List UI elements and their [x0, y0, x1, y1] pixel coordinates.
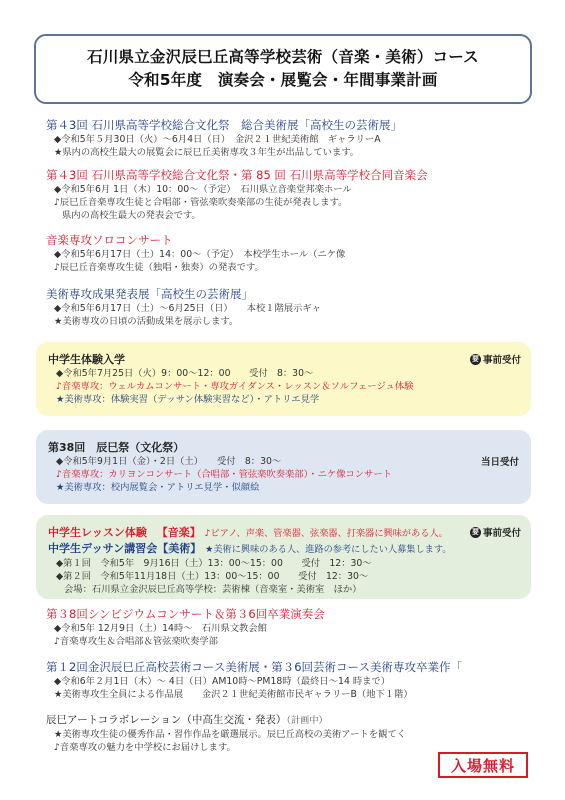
drawing-title: 中学生デッサン講習会【美術】 ★美術に興味のある人、進路の参考にしたい人募集しま…: [48, 541, 521, 557]
drawing-title-desc: ★美術に興味のある人、進路の参考にしたい人募集します。: [205, 544, 451, 555]
session-2: ◆第２回 令和5年11月18日（土）13：00～15：00 受付 12：30～: [48, 570, 521, 583]
lesson-title: 中学生レッスン体験 【音楽】 ♪ピアノ、声楽、管楽器、弦楽器、打楽器に興味がある…: [48, 525, 521, 541]
lesson-title-desc: ♪ピアノ、声楽、管楽器、弦楽器、打楽器に興味がある人。: [205, 528, 448, 539]
advance-registration-badge: 要 事前受付: [470, 352, 521, 366]
box-title: 中学生体験入学: [48, 352, 521, 367]
festival-box: 当日受付 第38回 辰巳祭（文化祭） ◆令和5年9月1日（金）・2日（土） 受付…: [36, 430, 531, 504]
event-title: 第３8回シンビジウムコンサート＆第３6回卒業演奏会: [46, 607, 526, 622]
lesson-title-main: 中学生レッスン体験: [48, 526, 147, 539]
event-graduation-exhibition: 第１2回金沢辰巳丘高校芸術コース美術展・第３6回芸術コース美術専攻卒業作「 ◆令…: [46, 660, 526, 701]
session-1: ◆第１回 令和5年 9月16日（土）13：00～15：00 受付 12：30～: [48, 557, 521, 570]
event-title-note: （計画中）: [286, 715, 327, 726]
event-date: ◆令和5年6月17日（土）14：00～（予定） 本校学生ホール（ニケ像: [46, 248, 526, 261]
event-solo-concert: 音楽専攻ソロコンサート ◆令和5年6月17日（土）14：00～（予定） 本校学生…: [46, 233, 526, 274]
event-note: ♪辰巳丘音楽専攻生徒（独唱・独奏）の発表です。: [46, 261, 526, 274]
venue: 会場：石川県立金沢辰巳丘高等学校：芸術棟（音楽室・美術室 ほか）: [48, 583, 521, 596]
event-date: ◆令和5年6月17日（土）～6月25日（日） 本校１階展示ギャ: [46, 302, 526, 315]
event-note: ★美術専攻の日頃の活動成果を展示します。: [46, 315, 526, 328]
event-title: 音楽専攻ソロコンサート: [46, 233, 526, 248]
box-title: 第38回 辰巳祭（文化祭）: [48, 440, 521, 455]
box-art: ★美術専攻：校内展覧会・アトリエ見学・似顔絵: [48, 481, 521, 494]
event-title: 辰巳アートコラボレーション（中高生交流・発表）（計画中）: [46, 713, 526, 728]
title-line-2: 令和5年度 演奏会・展覧会・年間事業計画: [128, 69, 437, 92]
event-note: 県内の高校生最大の発表会です。: [46, 209, 526, 222]
required-icon: 要: [470, 527, 481, 538]
badge-label: 事前受付: [483, 525, 521, 539]
event-art-results: 美術専攻成果発表展「高校生の芸術展」 ◆令和5年6月17日（土）～6月25日（日…: [46, 287, 526, 328]
event-title: 第４3回 石川県高等学校総合文化祭 総合美術展「高校生の芸術展」: [46, 118, 526, 133]
event-art-collaboration: 辰巳アートコラボレーション（中高生交流・発表）（計画中） ★美術専攻生徒の優秀作…: [46, 713, 526, 754]
event-art-exhibition: 第４3回 石川県高等学校総合文化祭 総合美術展「高校生の芸術展」 ◆令和5年５月…: [46, 118, 526, 159]
event-title: 美術専攻成果発表展「高校生の芸術展」: [46, 287, 526, 302]
event-note: ♪音楽専攻生＆合唱部＆管弦楽吹奏学部: [46, 635, 526, 648]
event-title: 第１2回金沢辰巳丘高校芸術コース美術展・第３6回芸術コース美術専攻卒業作「: [46, 660, 526, 675]
event-date: ◆令和5年6月 1日（木）10：00～（予定） 石川県立音楽堂邦楽ホール: [46, 183, 526, 196]
lesson-title-tag: 【音楽】: [157, 526, 201, 539]
title-box: 石川県立金沢辰巳丘高等学校芸術（音楽・美術）コース 令和5年度 演奏会・展覧会・…: [34, 34, 532, 104]
drawing-title-main: 中学生デッサン講習会【美術】: [48, 542, 201, 555]
event-note: ★県内の高校生最大の展覧会に辰巳丘美術専攻３年生が出品しています。: [46, 146, 526, 159]
free-admission-badge: 入場無料: [438, 752, 528, 778]
event-joint-music: 第４3回 石川県高等学校総合文化祭・第 85 回 石川県高等学校合同音楽会 ◆令…: [46, 168, 526, 222]
experience-box: 要 事前受付 中学生体験入学 ◆令和5年7月25日（火）9：00～12：00 受…: [36, 342, 531, 416]
box-date: ◆令和5年9月1日（金）・2日（土） 受付 8：30～: [48, 455, 521, 468]
box-music: ♪音楽専攻：ウェルカムコンサート・専攻ガイダンス・レッスン＆ソルフェージュ体験: [48, 380, 521, 393]
event-date: ◆令和6年２月1日（木）～ 4日（日）AM10時～PM18時（最終日～14 時ま…: [46, 675, 526, 688]
box-art: ★美術専攻：体験実習（デッサン体験実習など）・アトリエ見学: [48, 393, 521, 406]
event-note: ★美術専攻生徒の優秀作品・習作作品を厳選展示。辰巳丘高校の美術アートを観てく: [46, 728, 526, 741]
box-date: ◆令和5年7月25日（火）9：00～12：00 受付 8：30～: [48, 367, 521, 380]
advance-registration-badge: 要 事前受付: [470, 525, 521, 539]
lessons-box: 要 事前受付 中学生レッスン体験 【音楽】 ♪ピアノ、声楽、管楽器、弦楽器、打楽…: [36, 515, 531, 599]
same-day-registration-badge: 当日受付: [481, 454, 519, 468]
event-date: ◆令和5年 12月9日（土）14時～ 石川県文教会館: [46, 622, 526, 635]
event-note: ♪辰巳丘音楽専攻生徒と合唱部・管弦楽吹奏楽部の生徒が発表します。: [46, 196, 526, 209]
required-icon: 要: [470, 354, 481, 365]
event-note: ★美術専攻生全員による作品展 金沢２１世紀美術館市民ギャラリーB（地下１階）: [46, 688, 526, 701]
badge-label: 事前受付: [483, 352, 521, 366]
box-music: ♪音楽専攻：カリヨンコンサート（合唱部・管弦楽吹奏楽部）・ニケ像コンサート: [48, 468, 521, 481]
event-cymbidium-concert: 第３8回シンビジウムコンサート＆第３6回卒業演奏会 ◆令和5年 12月9日（土）…: [46, 607, 526, 648]
event-title-main: 辰巳アートコラボレーション（中高生交流・発表）: [46, 714, 286, 726]
event-title: 第４3回 石川県高等学校総合文化祭・第 85 回 石川県高等学校合同音楽会: [46, 168, 526, 183]
event-date: ◆令和5年５月30日（火）～6月4日（日） 金沢２１世紀美術館 ギャラリーA: [46, 133, 526, 146]
title-line-1: 石川県立金沢辰巳丘高等学校芸術（音楽・美術）コース: [87, 46, 479, 69]
